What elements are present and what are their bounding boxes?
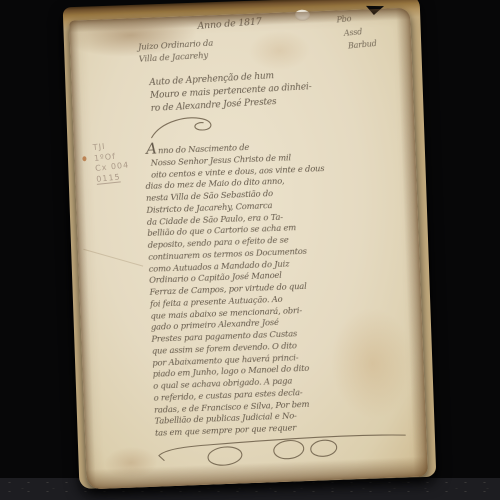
manuscript-body: Anno do Nascimento de Nosso Senhor Jesus… [144, 137, 335, 439]
stain-right [328, 306, 416, 421]
foxing-spot [82, 156, 86, 161]
stain-top [248, 29, 311, 71]
manuscript-page: Anno de 1817 Pbo Assd Barbud Juizo Ordin… [69, 8, 428, 490]
paper-crease [83, 249, 143, 267]
pen-flourish-icon [149, 113, 220, 142]
paper-chip-damage [295, 9, 310, 21]
archival-note-number: 0115 [96, 172, 121, 185]
date-line: Anno de 1817 [197, 16, 262, 32]
archival-reference-note: TJI 1ºOf Cx 004 0115 [92, 139, 130, 184]
signature-rubric-loops-icon [153, 424, 420, 484]
stain-bottom-left [104, 446, 159, 480]
court-heading: Juizo Ordinario da Villa de Jacarehy [138, 39, 214, 66]
photo-stage: Anno de 1817 Pbo Assd Barbud Juizo Ordin… [0, 0, 500, 500]
margin-notes: Pbo Assd Barbud [336, 10, 377, 54]
auto-title: Auto de Aprehenção de hum Mouro e mais p… [149, 68, 313, 116]
